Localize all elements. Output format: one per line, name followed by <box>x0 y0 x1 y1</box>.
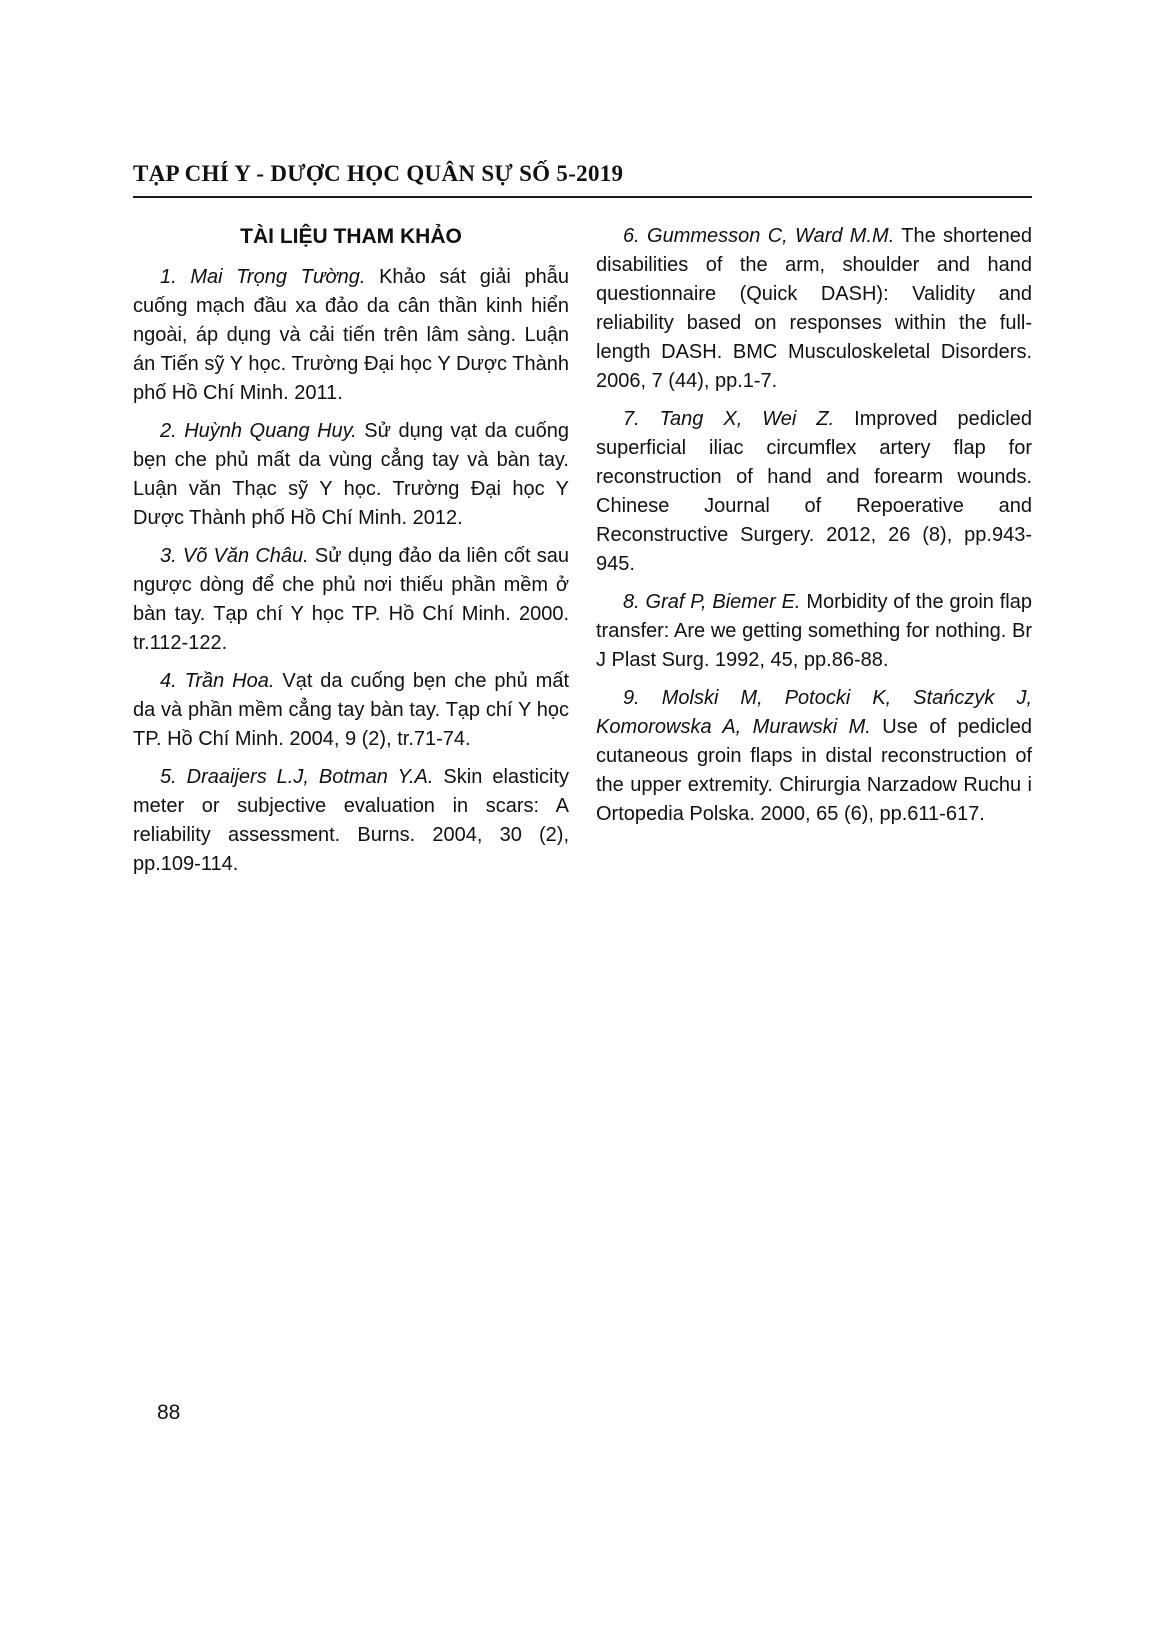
reference-item-6: 6. Gummesson C, Ward M.M. The shortened … <box>596 222 1032 396</box>
right-column: 6. Gummesson C, Ward M.M. The shortened … <box>596 222 1032 888</box>
reference-item-2: 2. Huỳnh Quang Huy. Sử dụng vạt da cuống… <box>133 417 569 533</box>
reference-item-5: 5. Draaijers L.J, Botman Y.A. Skin elast… <box>133 763 569 879</box>
reference-authors: 2. Huỳnh Quang Huy. <box>160 420 357 442</box>
left-column: TÀI LIỆU THAM KHẢO 1. Mai Trọng Tường. K… <box>133 222 569 888</box>
journal-title: TẠP CHÍ Y - DƯỢC HỌC QUÂN SỰ SỐ 5-2019 <box>133 161 1032 187</box>
reference-item-9: 9. Molski M, Potocki K, Stańczyk J, Komo… <box>596 684 1032 829</box>
reference-item-3: 3. Võ Văn Châu. Sử dụng đảo da liên cốt … <box>133 542 569 658</box>
reference-authors: 1. Mai Trọng Tường. <box>160 266 365 288</box>
reference-authors: 7. Tang X, Wei Z. <box>623 408 834 430</box>
reference-item-8: 8. Graf P, Biemer E. Morbidity of the gr… <box>596 588 1032 675</box>
reference-item-7: 7. Tang X, Wei Z. Improved pedicled supe… <box>596 405 1032 579</box>
reference-text: The shortened disabilities of the arm, s… <box>596 225 1032 392</box>
journal-page: TẠP CHÍ Y - DƯỢC HỌC QUÂN SỰ SỐ 5-2019 T… <box>0 0 1157 1636</box>
references-section: TÀI LIỆU THAM KHẢO 1. Mai Trọng Tường. K… <box>133 222 1032 888</box>
reference-authors: 6. Gummesson C, Ward M.M. <box>623 225 894 247</box>
section-title: TÀI LIỆU THAM KHẢO <box>133 222 569 251</box>
reference-authors: 5. Draaijers L.J, Botman Y.A. <box>160 766 433 788</box>
reference-authors: 3. Võ Văn Châu. <box>160 545 309 567</box>
page-number: 88 <box>157 1398 180 1427</box>
reference-item-1: 1. Mai Trọng Tường. Khảo sát giải phẫu c… <box>133 263 569 408</box>
reference-authors: 8. Graf P, Biemer E. <box>623 591 800 613</box>
reference-text: Improved pedicled superficial iliac circ… <box>596 408 1032 575</box>
reference-authors: 4. Trần Hoa. <box>160 670 274 692</box>
page-header: TẠP CHÍ Y - DƯỢC HỌC QUÂN SỰ SỐ 5-2019 <box>133 161 1032 198</box>
reference-item-4: 4. Trần Hoa. Vạt da cuống bẹn che phủ mấ… <box>133 667 569 754</box>
